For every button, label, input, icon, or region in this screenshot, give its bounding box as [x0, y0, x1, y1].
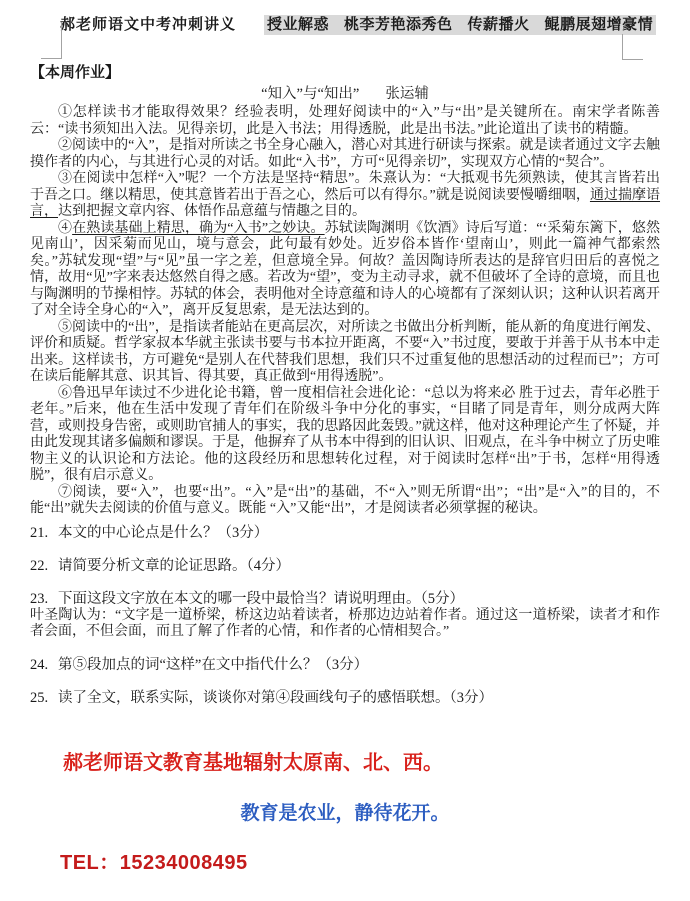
article-paragraph: ⑥鲁迅早年读过不少进化论书籍，曾一度相信社会进化论：“总以为将来必 胜于过去，青… — [30, 386, 660, 485]
section-heading: 【本周作业】 — [30, 64, 660, 82]
tel-number: 15234008495 — [120, 852, 248, 874]
paragraph-text: ②阅读中的“入”，是指对所读之书全身心融入，潜心对其进行研读与探索。就是读者通过… — [30, 138, 660, 170]
header-row: 郝老师语文中考冲刺讲义 授业解惑桃李芳艳添秀色传薪播火鲲鹏展翅增豪情 — [60, 15, 660, 35]
margin-mark-right-vertical — [622, 34, 623, 60]
question-text: 第⑤段加点的词“这样”在文中指代什么？（3分） — [58, 657, 368, 673]
header-title: 郝老师语文中考冲刺讲义 — [60, 15, 236, 35]
question-text: 下面这段文字放在本文的哪一段中最恰当？请说明理由。（5分） — [58, 591, 464, 607]
header-slogan: 授业解惑桃李芳艳添秀色传薪播火鲲鹏展翅增豪情 — [264, 15, 656, 35]
question-line: 22.请简要分析文章的论证思路。（4分） — [30, 558, 660, 575]
paragraph-text: ④ — [58, 221, 72, 236]
article-title: “知入”与“知出” — [261, 86, 359, 102]
page-content: 【本周作业】 “知入”与“知出”张运辅 ①怎样读书才能取得效果？经验表明，处理好… — [0, 64, 690, 875]
paragraph-text: ⑦阅读，要“入”，也要“出”。“入”是“出”的基础，不“入”则无所谓“出”；“出… — [30, 485, 660, 517]
question-number: 22. — [30, 558, 58, 575]
slogan-phrase: 鲲鹏展翅增豪情 — [545, 15, 654, 35]
footer-telephone: TEL：15234008495 — [30, 851, 660, 875]
article-paragraph: ④在熟读基础上精思，确为“入书”之妙诀。苏轼读陶渊明《饮酒》诗后写道：“‘采菊东… — [30, 221, 660, 320]
article-author: 张运辅 — [385, 86, 429, 102]
page-header: 郝老师语文中考冲刺讲义 授业解惑桃李芳艳添秀色传薪播火鲲鹏展翅增豪情 — [0, 0, 690, 62]
article: “知入”与“知出”张运辅 ①怎样读书才能取得效果？经验表明，处理好阅读中的“入”… — [30, 86, 660, 518]
question-number: 21. — [30, 525, 58, 542]
footer-motto-line: 教育是农业，静待花开。 — [30, 802, 660, 825]
tel-label: TEL： — [60, 852, 120, 874]
footer-base-line: 郝老师语文教育基地辐射太原南、北、西。 — [30, 751, 660, 775]
article-paragraph: ⑦阅读，要“入”，也要“出”。“入”是“出”的基础，不“入”则无所谓“出”；“出… — [30, 485, 660, 518]
question-number: 25. — [30, 690, 58, 707]
article-paragraph: ②阅读中的“入”，是指对所读之书全身心融入，潜心对其进行研读与探索。就是读者通过… — [30, 138, 660, 171]
question-line: 23.下面这段文字放在本文的哪一段中最恰当？请说明理由。（5分） — [30, 591, 660, 608]
question-text: 读了全文，联系实际，谈谈你对第④段画线句子的感悟联想。（3分） — [58, 690, 493, 706]
question-number: 24. — [30, 657, 58, 674]
question-line: 25.读了全文，联系实际，谈谈你对第④段画线句子的感悟联想。（3分） — [30, 690, 660, 707]
article-paragraph: ③在阅读中怎样“入”呢？一个方法是坚持“精思”。朱熹认为：“大抵观书先须熟读，使… — [30, 171, 660, 221]
slogan-phrase: 传薪播火 — [468, 15, 530, 35]
underlined-sentence: 在熟读基础上精思，确为“入书”之妙诀。 — [72, 221, 325, 236]
article-paragraph: ⑤阅读中的“出”，是指读者能站在更高层次，对所读之书做出分析判断，能从新的角度进… — [30, 320, 660, 386]
margin-mark-left-vertical — [61, 22, 62, 59]
article-paragraphs: ①怎样读书才能取得效果？经验表明，处理好阅读中的“入”与“出”是关键所在。南宋学… — [30, 105, 660, 518]
question-text: 请简要分析文章的论证思路。（4分） — [58, 558, 290, 574]
paragraph-text: ③在阅读中怎样“入”呢？一个方法是坚持“精思”。朱熹认为：“大抵观书先须熟读，使… — [30, 171, 660, 203]
question-item: 23.下面这段文字放在本文的哪一段中最恰当？请说明理由。（5分） 叶圣陶认为：“… — [30, 591, 660, 641]
paragraph-text: ⑤阅读中的“出”，是指读者能站在更高层次，对所读之书做出分析判断，能从新的角度进… — [30, 320, 660, 385]
slogan-phrase: 授业解惑 — [267, 15, 329, 35]
margin-mark-left-horizontal — [41, 58, 62, 59]
article-paragraph: ①怎样读书才能取得效果？经验表明，处理好阅读中的“入”与“出”是关键所在。南宋学… — [30, 105, 660, 138]
question-item: 21.本文的中心论点是什么？（3分） — [30, 525, 660, 542]
questions-section: 21.本文的中心论点是什么？（3分） 22.请简要分析文章的论证思路。（4分） … — [30, 525, 660, 707]
question-item: 24.第⑤段加点的词“这样”在文中指代什么？（3分） — [30, 657, 660, 674]
question-item: 22.请简要分析文章的论证思路。（4分） — [30, 558, 660, 575]
page-footer: 郝老师语文教育基地辐射太原南、北、西。 教育是农业，静待花开。 TEL：1523… — [30, 751, 660, 875]
document-page: 郝老师语文中考冲刺讲义 授业解惑桃李芳艳添秀色传薪播火鲲鹏展翅增豪情 【本周作业… — [0, 0, 690, 901]
question-line: 24.第⑤段加点的词“这样”在文中指代什么？（3分） — [30, 657, 660, 674]
question-line: 21.本文的中心论点是什么？（3分） — [30, 525, 660, 542]
slogan-phrase: 桃李芳艳添秀色 — [344, 15, 453, 35]
question-item: 25.读了全文，联系实际，谈谈你对第④段画线句子的感悟联想。（3分） — [30, 690, 660, 707]
question-text: 本文的中心论点是什么？（3分） — [58, 525, 268, 541]
article-title-line: “知入”与“知出”张运辅 — [30, 86, 660, 103]
paragraph-text: 达到把握文章内容、体悟作品意蕴与情趣之目的。 — [58, 204, 366, 219]
question-quote: 叶圣陶认为：“文字是一道桥梁，桥这边站着读者，桥那边边站着作者。通过这一道桥梁，… — [30, 608, 660, 641]
paragraph-text: ⑥鲁迅早年读过不少进化论书籍，曾一度相信社会进化论：“总以为将来必 胜于过去，青… — [30, 386, 660, 484]
margin-mark-right-horizontal — [622, 59, 643, 60]
paragraph-text: ①怎样读书才能取得效果？经验表明，处理好阅读中的“入”与“出”是关键所在。南宋学… — [30, 105, 660, 137]
question-number: 23. — [30, 591, 58, 608]
